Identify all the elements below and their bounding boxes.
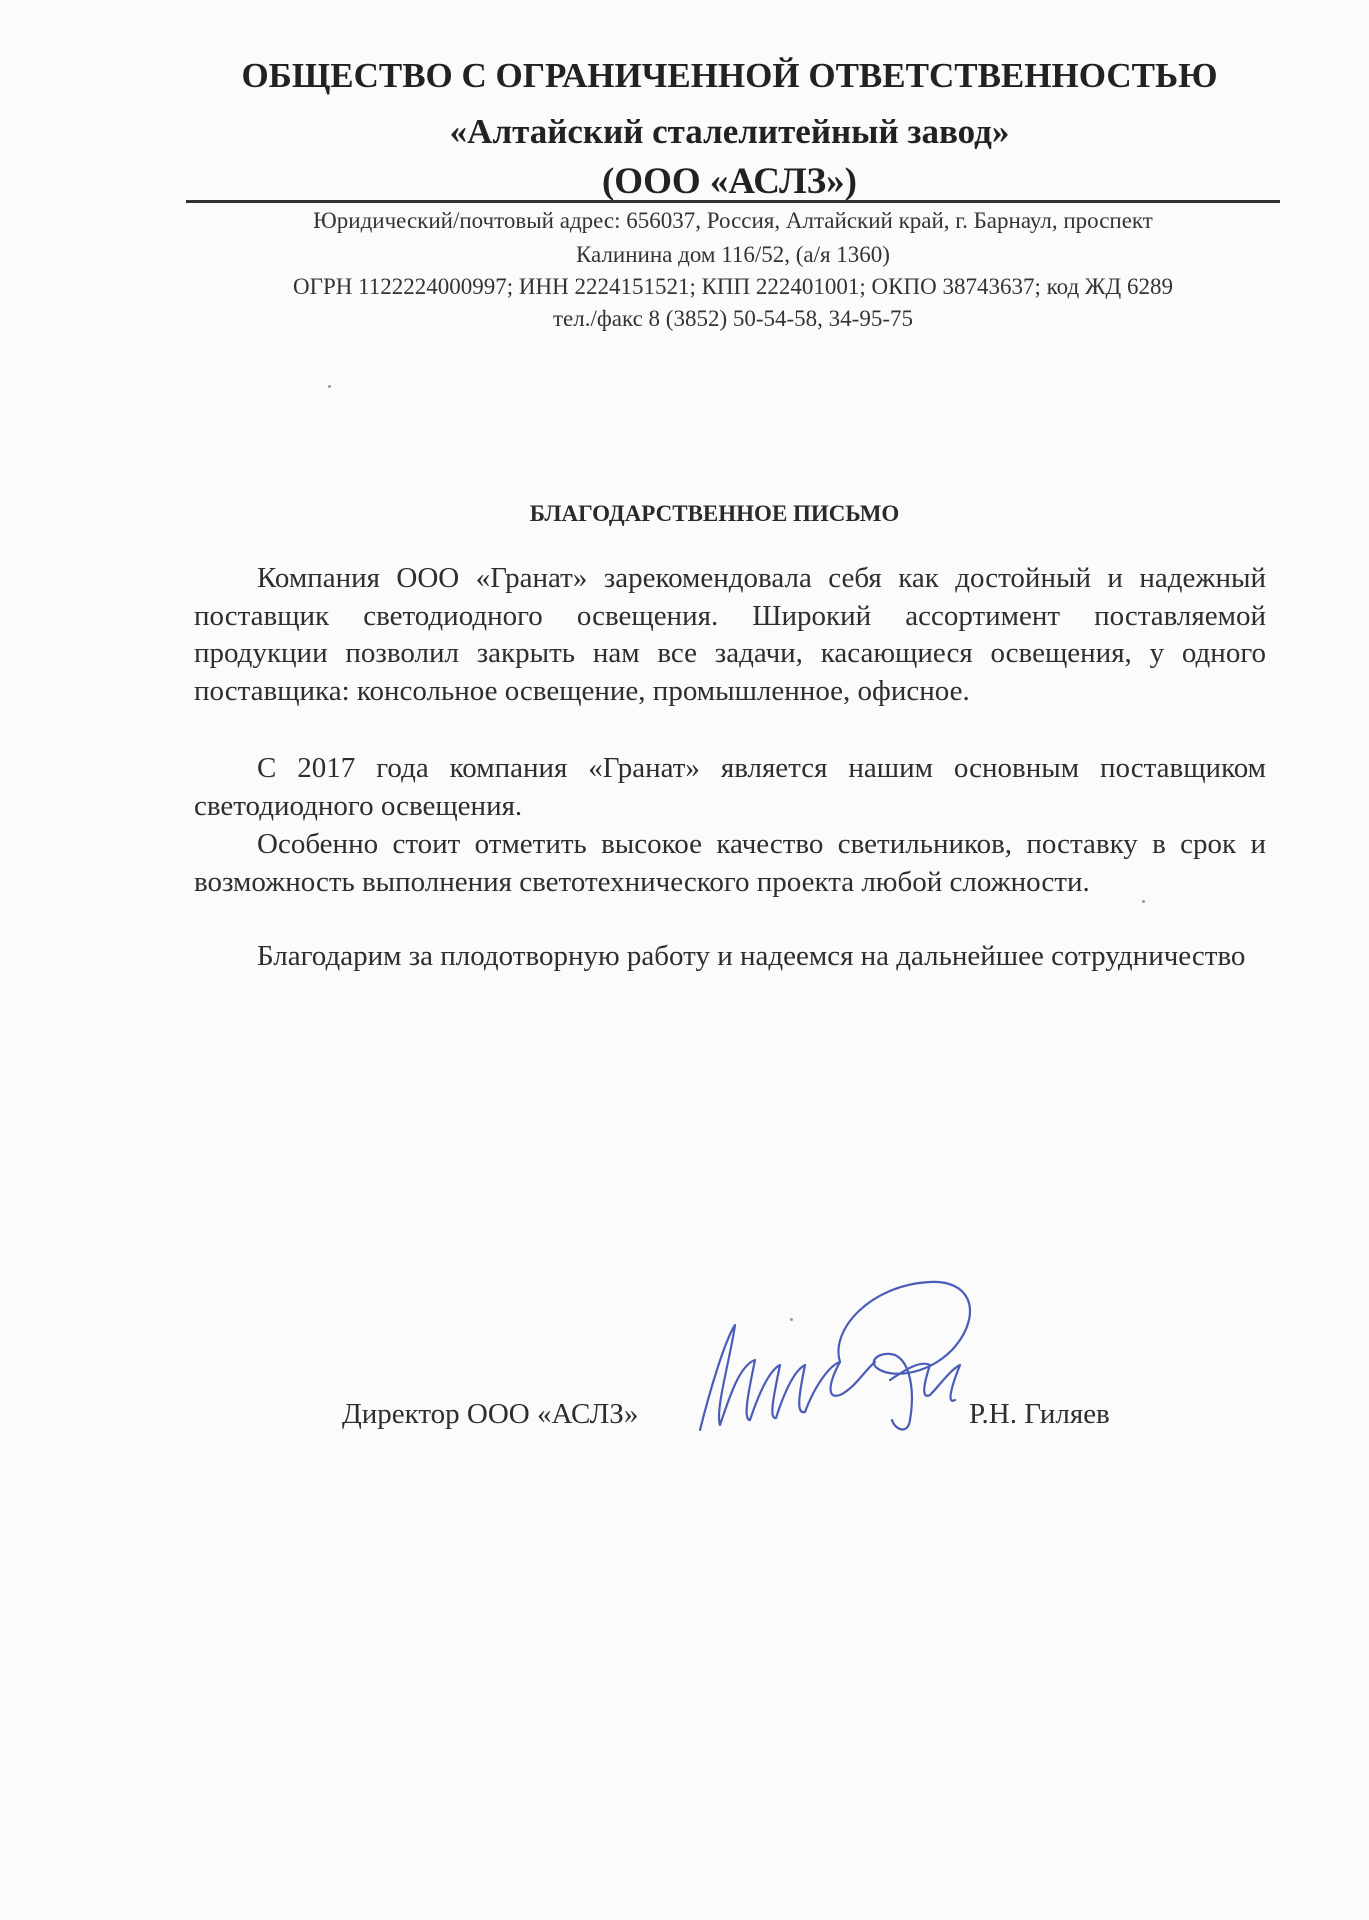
scan-speck xyxy=(790,1318,793,1321)
address-line-2: Калинина дом 116/52, (а/я 1360) xyxy=(186,242,1280,268)
letter-paragraph: С 2017 года компания «Гранат» является н… xyxy=(194,750,1266,825)
paragraph-text: С 2017 года компания «Гранат» является н… xyxy=(194,750,1266,825)
letter-paragraph: Особенно стоит отметить высокое качество… xyxy=(194,826,1266,901)
registration-numbers: ОГРН 1122224000997; ИНН 2224151521; КПП … xyxy=(186,274,1280,300)
paragraph-text: Благодарим за плодотворную работу и наде… xyxy=(194,938,1266,976)
address-line-1: Юридический/почтовый адрес: 656037, Росс… xyxy=(186,208,1280,234)
letter-page: ОБЩЕСТВО С ОГРАНИЧЕННОЙ ОТВЕТСТВЕННОСТЬЮ… xyxy=(0,0,1369,1920)
signatory-name: Р.Н. Гиляев xyxy=(969,1398,1110,1431)
scan-speck xyxy=(328,385,331,388)
letter-paragraph: Благодарим за плодотворную работу и наде… xyxy=(194,938,1266,976)
company-legal-form: ОБЩЕСТВО С ОГРАНИЧЕННОЙ ОТВЕТСТВЕННОСТЬЮ xyxy=(45,56,1369,96)
scan-speck xyxy=(1142,900,1145,903)
company-name: «Алтайский сталелитейный завод» xyxy=(45,112,1369,152)
paragraph-text: Особенно стоит отметить высокое качество… xyxy=(194,826,1266,901)
paragraph-text: Компания ООО «Гранат» зарекомендовала се… xyxy=(194,560,1266,710)
letterhead-divider xyxy=(186,200,1280,203)
letter-title: БЛАГОДАРСТВЕННОЕ ПИСЬМО xyxy=(0,501,1369,527)
letter-paragraph: Компания ООО «Гранат» зарекомендовала се… xyxy=(194,560,1266,710)
phone-fax: тел./факс 8 (3852) 50-54-58, 34-95-75 xyxy=(186,306,1280,332)
signatory-position: Директор ООО «АСЛЗ» xyxy=(342,1398,638,1431)
company-abbreviation: (ООО «АСЛЗ») xyxy=(45,160,1369,203)
